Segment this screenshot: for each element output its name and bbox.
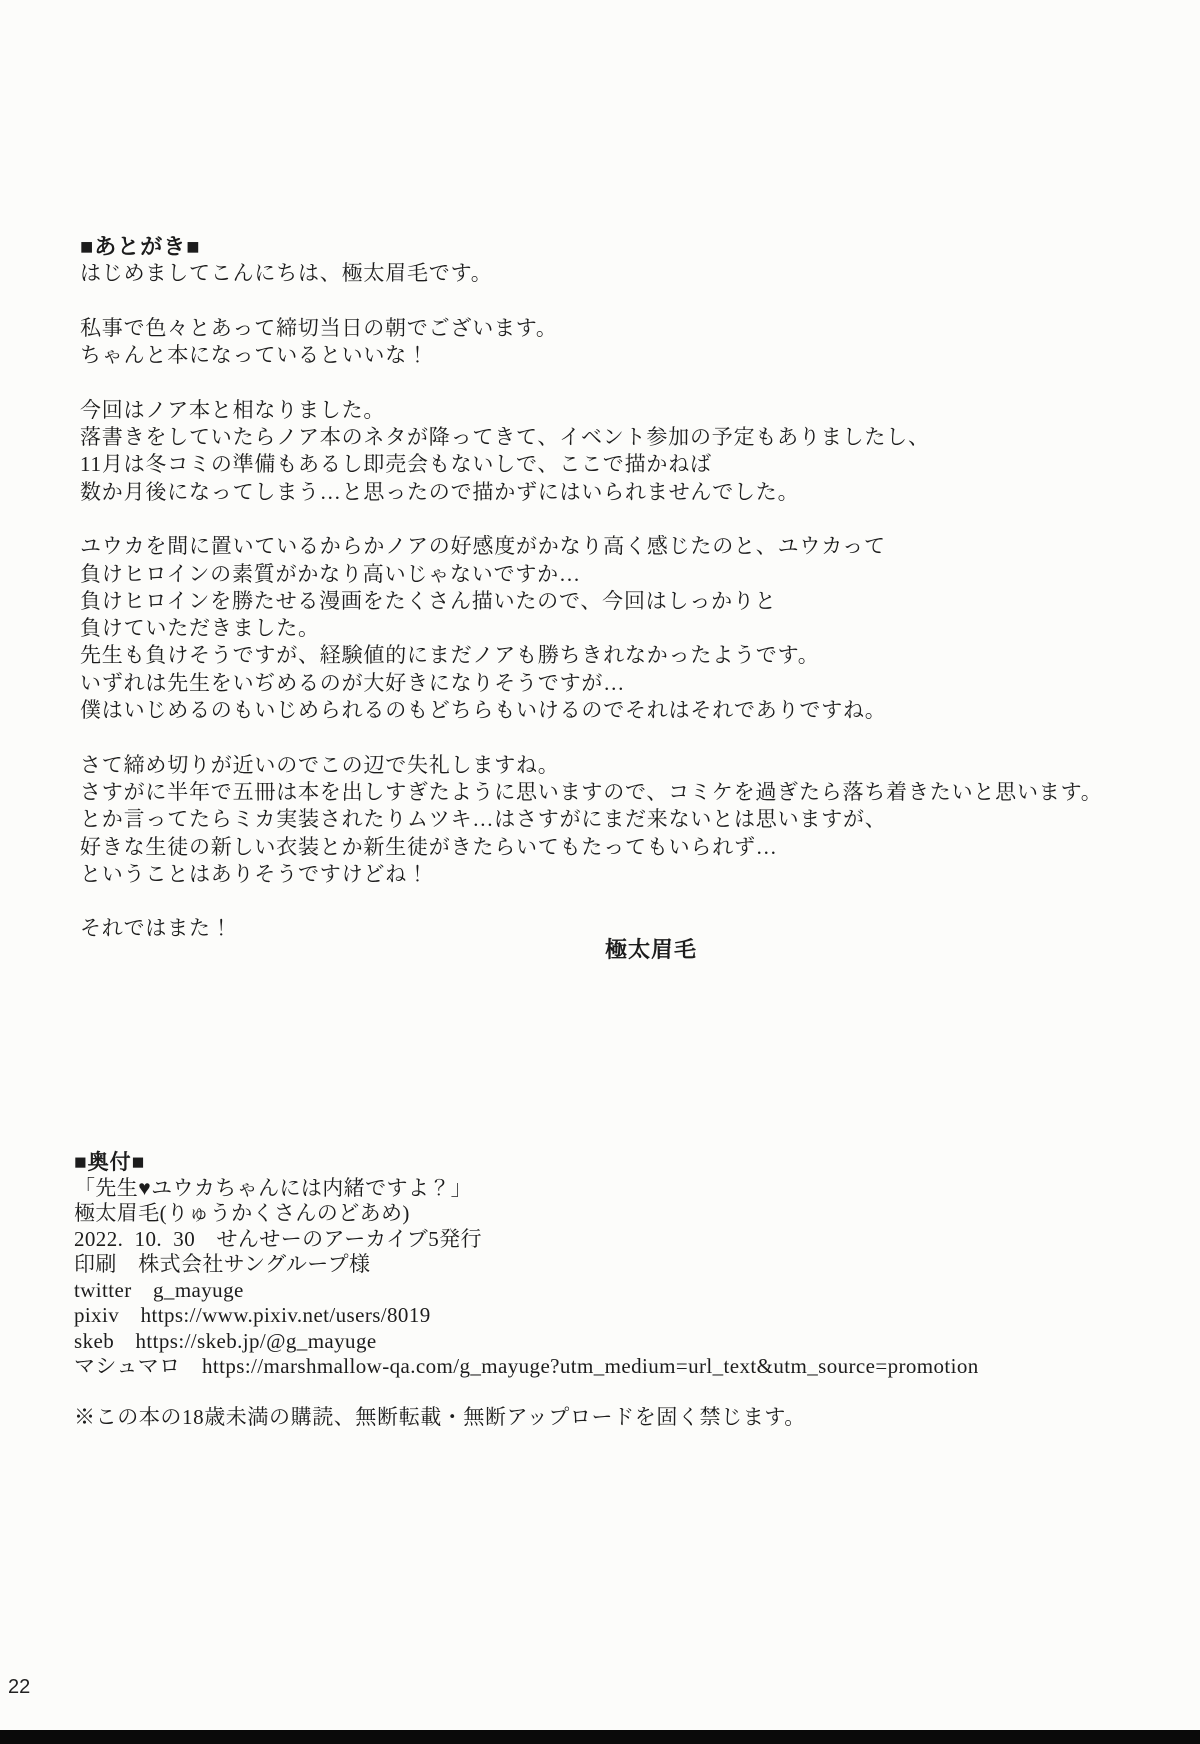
- text-line: とか言ってたらミカ実装されたりムツキ…はさすがにまだ来ないとは思いますが、: [80, 806, 1160, 833]
- text-line: 2022. 10. 30 せんせーのアーカイブ5発行: [74, 1227, 1154, 1253]
- colophon-section: ■奥付■ 「先生♥ユウカちゃんには内緒ですよ？」極太眉毛(りゅうかくさんのどあめ…: [74, 1150, 1154, 1430]
- text-line: 負けヒロインを勝たせる漫画をたくさん描いたので、今回はしっかりと: [80, 588, 1160, 615]
- text-line: pixiv https://www.pixiv.net/users/8019: [74, 1303, 1154, 1329]
- afterword-section: ■あとがき■ はじめましてこんにちは、極太眉毛です。 私事で色々とあって締切当日…: [80, 233, 1160, 943]
- scanned-page: ■あとがき■ はじめましてこんにちは、極太眉毛です。 私事で色々とあって締切当日…: [0, 0, 1200, 1744]
- author-signature: 極太眉毛: [605, 933, 697, 964]
- text-line: さて締め切りが近いのでこの辺で失礼しますね。: [80, 752, 1160, 779]
- text-line: はじめましてこんにちは、極太眉毛です。: [80, 260, 1160, 287]
- text-line: 好きな生徒の新しい衣装とか新生徒がきたらいてもたってもいられず…: [80, 834, 1160, 861]
- afterword-body: はじめましてこんにちは、極太眉毛です。 私事で色々とあって締切当日の朝でございま…: [80, 260, 1160, 942]
- text-line: 負けヒロインの素質がかなり高いじゃないですか…: [80, 561, 1160, 588]
- text-line: [80, 288, 1160, 315]
- text-line: skeb https://skeb.jp/@g_mayuge: [74, 1329, 1154, 1355]
- colophon-body: 「先生♥ユウカちゃんには内緒ですよ？」極太眉毛(りゅうかくさんのどあめ)2022…: [74, 1176, 1154, 1380]
- text-line: いずれは先生をいぢめるのが大好きになりそうですが…: [80, 670, 1160, 697]
- text-line: 落書きをしていたらノア本のネタが降ってきて、イベント参加の予定もありましたし、: [80, 424, 1160, 451]
- text-line: 私事で色々とあって締切当日の朝でございます。: [80, 315, 1160, 342]
- text-line: さすがに半年で五冊は本を出しすぎたように思いますので、コミケを過ぎたら落ち着きた…: [80, 779, 1160, 806]
- text-line: [80, 506, 1160, 533]
- text-line: 印刷 株式会社サングループ様: [74, 1252, 1154, 1278]
- text-line: 「先生♥ユウカちゃんには内緒ですよ？」: [74, 1176, 1154, 1202]
- text-line: 11月は冬コミの準備もあるし即売会もないしで、ここで描かねば: [80, 451, 1160, 478]
- text-line: [80, 369, 1160, 396]
- text-line: ということはありそうですけどね！: [80, 861, 1160, 888]
- age-restriction-notice: ※この本の18歳未満の購読、無断転載・無断アップロードを固く禁じます。: [74, 1405, 1154, 1431]
- afterword-heading: ■あとがき■: [80, 233, 1160, 260]
- text-line: ちゃんと本になっているといいな！: [80, 342, 1160, 369]
- page-number: 22: [8, 1676, 30, 1699]
- text-line: [80, 724, 1160, 751]
- text-line: 今回はノア本と相なりました。: [80, 397, 1160, 424]
- text-line: 負けていただきました。: [80, 615, 1160, 642]
- text-line: ユウカを間に置いているからかノアの好感度がかなり高く感じたのと、ユウカって: [80, 533, 1160, 560]
- scan-edge-bar: [0, 1730, 1200, 1744]
- text-line: 僕はいじめるのもいじめられるのもどちらもいけるのでそれはそれでありですね。: [80, 697, 1160, 724]
- text-line: 数か月後になってしまう…と思ったので描かずにはいられませんでした。: [80, 479, 1160, 506]
- text-line: [80, 888, 1160, 915]
- text-line: twitter g_mayuge: [74, 1278, 1154, 1304]
- text-line: 極太眉毛(りゅうかくさんのどあめ): [74, 1201, 1154, 1227]
- text-line: 先生も負けそうですが、経験値的にまだノアも勝ちきれなかったようです。: [80, 642, 1160, 669]
- colophon-heading: ■奥付■: [74, 1150, 1154, 1176]
- text-line: マシュマロ https://marshmallow-qa.com/g_mayug…: [74, 1354, 1154, 1380]
